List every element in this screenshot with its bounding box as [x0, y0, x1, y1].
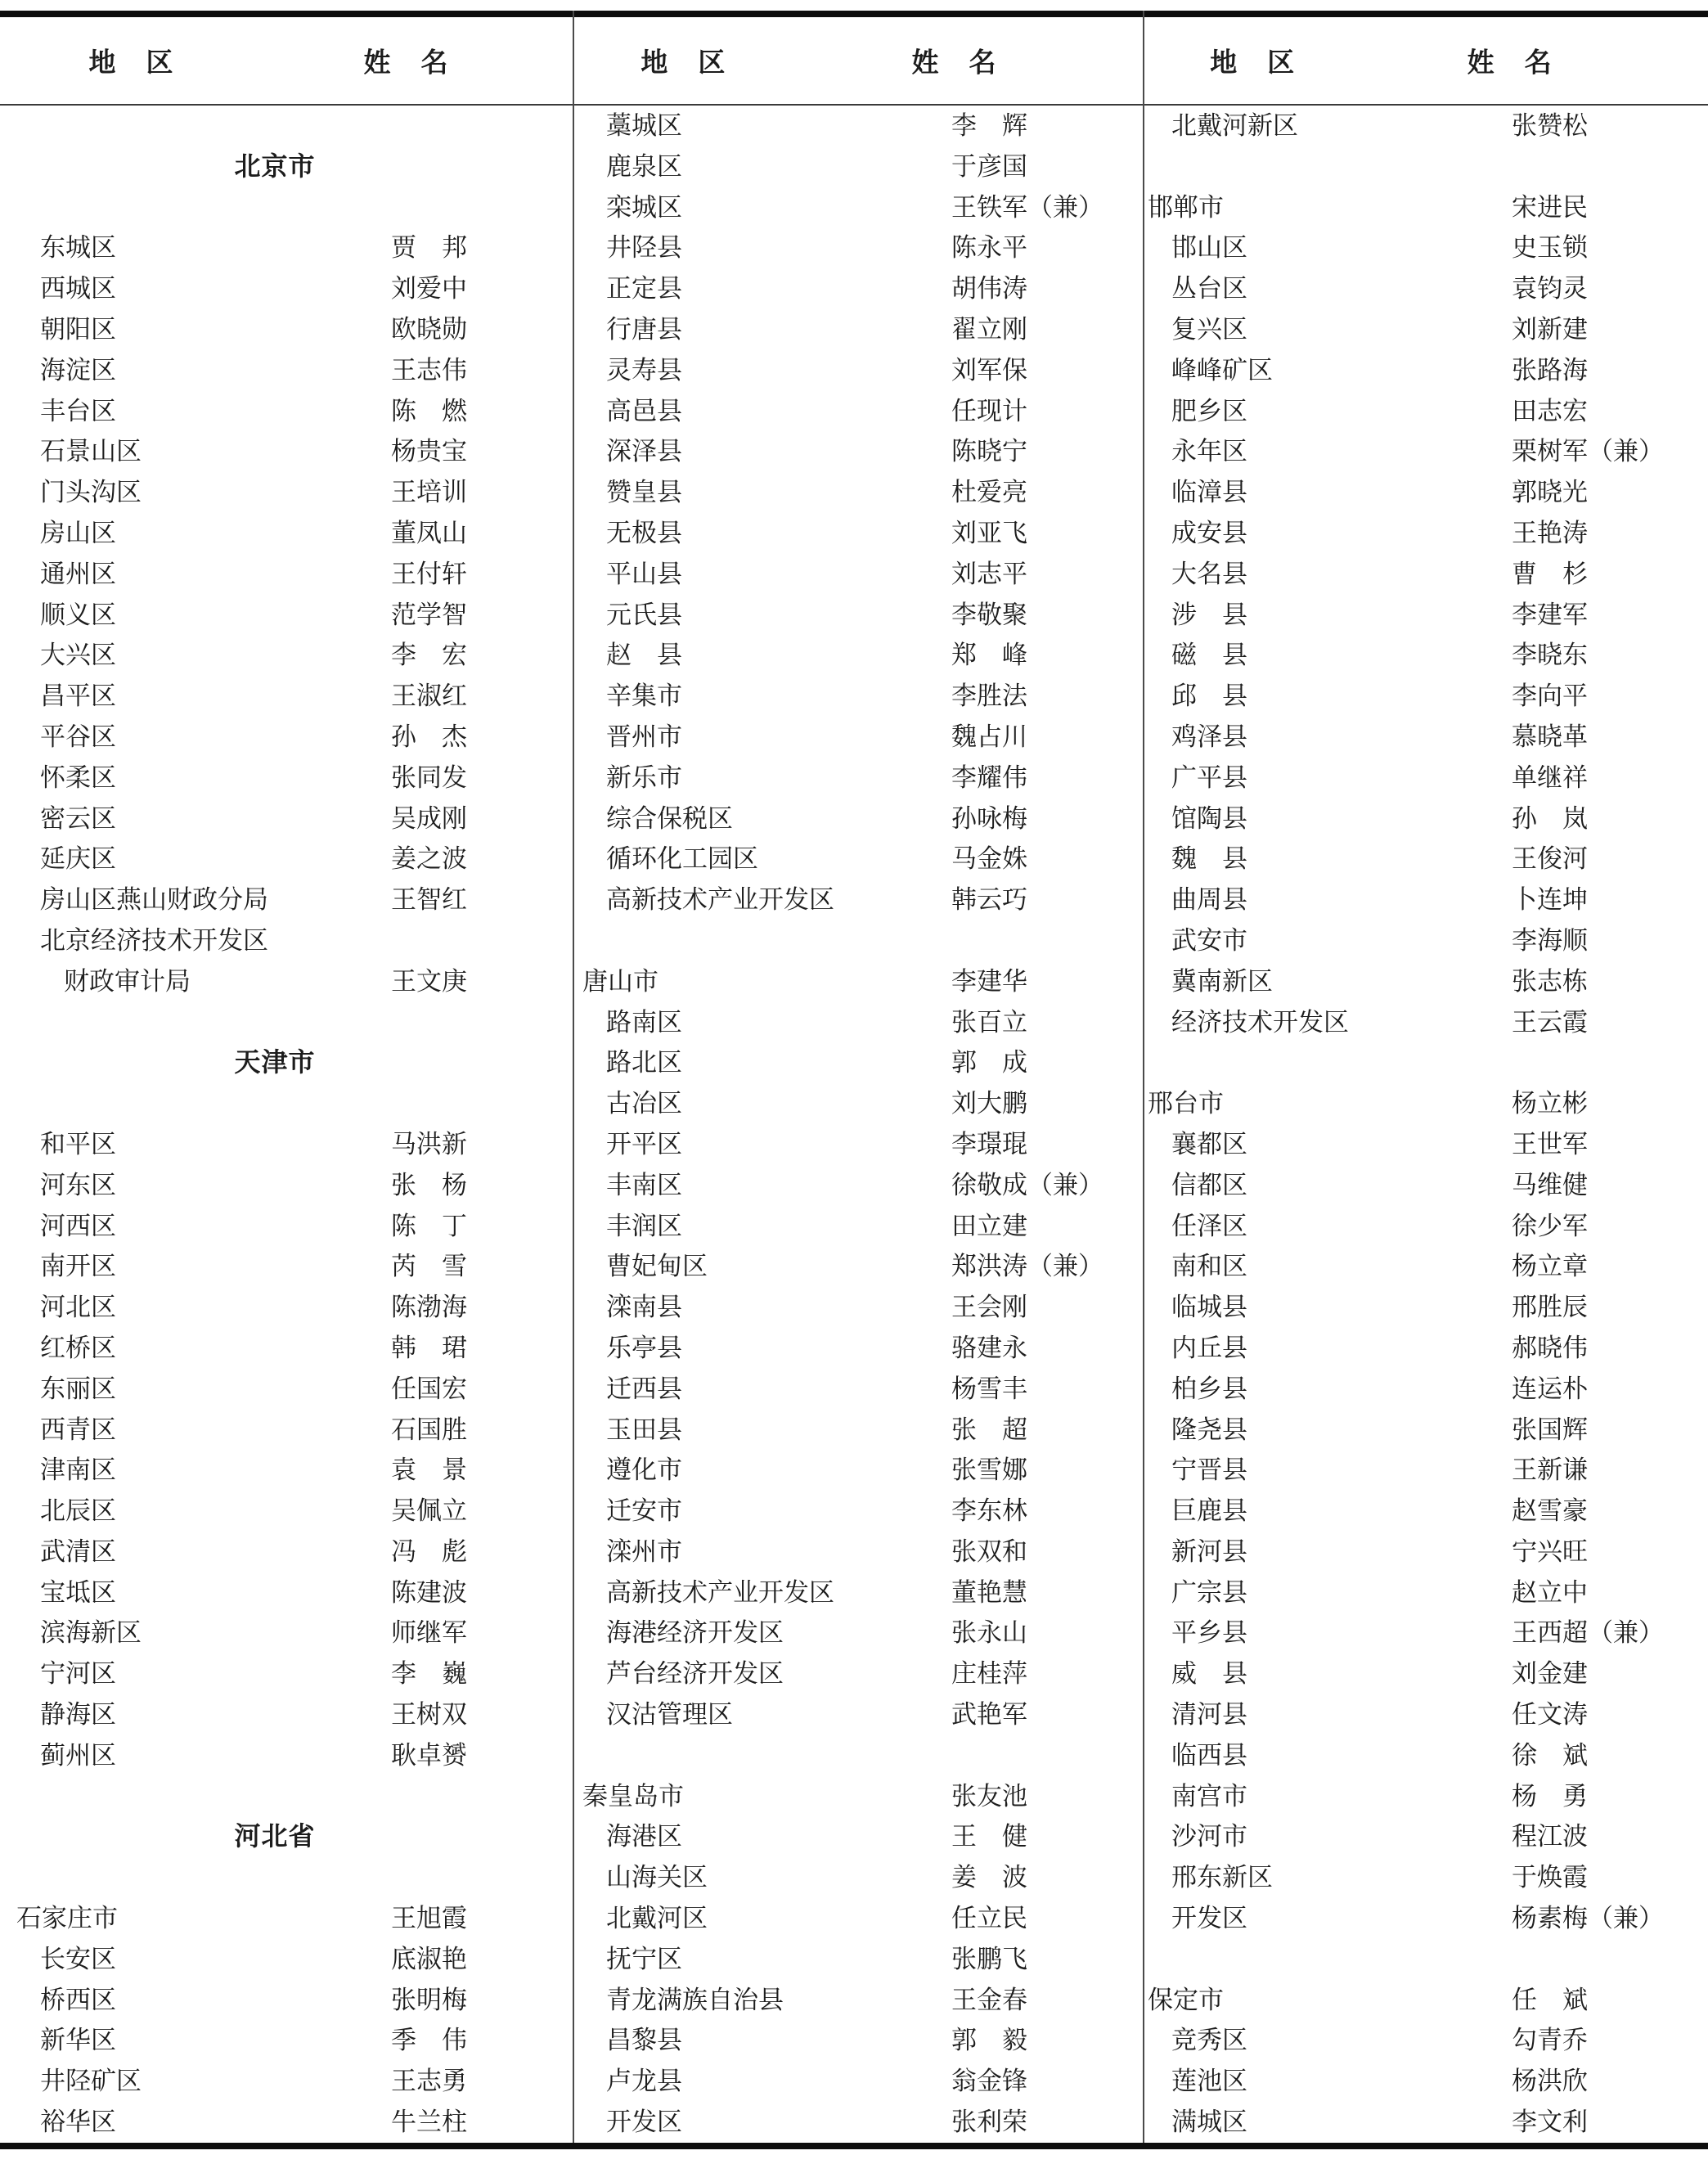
region-cell: 东城区 [40, 227, 116, 268]
table-row: 肥乡区田志宏 [1143, 391, 1708, 432]
table-row: 迁西县杨雪丰 [573, 1369, 1143, 1410]
table-row: 丰台区陈 燃 [0, 391, 573, 432]
name-cell: 张志栋 [1512, 961, 1588, 1002]
region-cell: 山海关区 [606, 1857, 708, 1898]
table-row: 东城区贾 邦 [0, 227, 573, 268]
name-cell: 王志伟 [391, 350, 467, 391]
name-cell: 董艳慧 [951, 1572, 1027, 1613]
name-cell: 陈晓宁 [951, 431, 1027, 472]
table-row: 通州区王付轩 [0, 554, 573, 595]
table-row: 开平区李璟琨 [573, 1124, 1143, 1165]
table-row: 武清区冯 彪 [0, 1532, 573, 1572]
region-cell: 开发区 [606, 2102, 682, 2143]
region-cell: 柏乡县 [1171, 1369, 1247, 1410]
name-cell: 郭晓光 [1512, 472, 1588, 513]
name-cell: 耿卓赟 [391, 1735, 467, 1776]
region-cell: 曹妃甸区 [606, 1246, 708, 1287]
name-cell: 杨立彬 [1512, 1083, 1588, 1124]
table-row: 滨海新区师继军 [0, 1613, 573, 1653]
region-header-label: 地 区 [89, 42, 175, 80]
region-cell: 北戴河区 [606, 1898, 708, 1939]
name-cell: 郭 成 [951, 1042, 1027, 1083]
table-row: 鸡泽县慕晓革 [1143, 717, 1708, 758]
blank-row [0, 187, 573, 228]
region-cell: 元氏县 [606, 595, 682, 636]
region-cell: 广平县 [1171, 758, 1247, 799]
name-cell: 栗树军（兼） [1512, 431, 1664, 472]
name-cell: 张国辉 [1512, 1410, 1588, 1451]
column-header-2: 地 区 姓 名 [573, 17, 1143, 104]
region-cell: 栾城区 [606, 187, 682, 228]
name-cell: 王树双 [391, 1694, 467, 1735]
table-row: 平山县刘志平 [573, 554, 1143, 595]
region-cell: 海港区 [606, 1816, 682, 1857]
region-cell: 藁城区 [606, 106, 682, 146]
table-header: 地 区 姓 名 地 区 姓 名 地 区 姓 名 [0, 17, 1708, 104]
region-cell: 高新技术产业开发区 [606, 1572, 834, 1613]
name-cell: 欧晓勋 [391, 309, 467, 350]
table-row: 桥西区张明梅 [0, 1980, 573, 2021]
table-row: 新乐市李耀伟 [573, 758, 1143, 799]
table-row: 石景山区杨贵宝 [0, 431, 573, 472]
name-cell: 姜之波 [391, 839, 467, 880]
region-cell: 临漳县 [1171, 472, 1247, 513]
table-row: 新河县宁兴旺 [1143, 1532, 1708, 1572]
name-cell: 杨立章 [1512, 1246, 1588, 1287]
name-cell: 武艳军 [951, 1694, 1027, 1735]
name-cell: 底淑艳 [391, 1939, 467, 1980]
region-cell: 海港经济开发区 [606, 1613, 784, 1653]
name-cell: 石国胜 [391, 1410, 467, 1451]
region-cell: 延庆区 [40, 839, 116, 880]
table-row: 怀柔区张同发 [0, 758, 573, 799]
name-cell: 张路海 [1512, 350, 1588, 391]
name-cell: 张永山 [951, 1613, 1027, 1653]
column-2: 藁城区李 辉鹿泉区于彦国栾城区王铁军（兼）井陉县陈永平正定县胡伟涛行唐县翟立刚灵… [573, 106, 1143, 2143]
table-row: 高邑县任现计 [573, 391, 1143, 432]
table-row: 财政审计局王文庚 [0, 961, 573, 1002]
name-cell: 徐少军 [1512, 1206, 1588, 1247]
name-cell: 王智红 [391, 880, 467, 920]
name-cell: 孙 岚 [1512, 799, 1588, 839]
region-cell: 芦台经济开发区 [606, 1653, 784, 1694]
name-cell: 杨洪欣 [1512, 2061, 1588, 2102]
name-cell: 徐 斌 [1512, 1735, 1588, 1776]
table-row: 灵寿县刘军保 [573, 350, 1143, 391]
name-cell: 李耀伟 [951, 758, 1027, 799]
region-cell: 襄都区 [1171, 1124, 1247, 1165]
name-cell: 刘大鹏 [951, 1083, 1027, 1124]
region-cell: 西青区 [40, 1410, 116, 1451]
table-row: 顺义区范学智 [0, 595, 573, 636]
table-row: 邢台市杨立彬 [1143, 1083, 1708, 1124]
blank-row [1143, 1042, 1708, 1083]
table-row: 无极县刘亚飞 [573, 513, 1143, 554]
region-cell: 海淀区 [40, 350, 116, 391]
name-cell: 王新谦 [1512, 1450, 1588, 1491]
region-cell: 蓟州区 [40, 1735, 116, 1776]
name-cell: 师继军 [391, 1613, 467, 1653]
table-row: 古冶区刘大鹏 [573, 1083, 1143, 1124]
region-cell: 巨鹿县 [1171, 1491, 1247, 1532]
region-cell: 平乡县 [1171, 1613, 1247, 1653]
region-cell: 唐山市 [582, 961, 658, 1002]
name-cell: 徐敬成（兼） [951, 1165, 1103, 1206]
name-cell: 陈永平 [951, 227, 1027, 268]
name-cell: 任文涛 [1512, 1694, 1588, 1735]
name-cell: 宋进民 [1512, 187, 1588, 228]
name-cell: 任现计 [951, 391, 1027, 432]
name-cell: 刘金建 [1512, 1653, 1588, 1694]
table-row: 高新技术产业开发区董艳慧 [573, 1572, 1143, 1613]
region-cell: 邯郸市 [1148, 187, 1224, 228]
table-row: 宁晋县王新谦 [1143, 1450, 1708, 1491]
name-cell: 陈建波 [391, 1572, 467, 1613]
province-section-title: 天津市 [234, 1047, 315, 1077]
table-row: 津南区袁 景 [0, 1450, 573, 1491]
name-cell: 芮 雪 [391, 1246, 467, 1287]
table-row: 大名县曹 杉 [1143, 554, 1708, 595]
region-cell: 丰润区 [606, 1206, 682, 1247]
table-row: 魏 县王俊河 [1143, 839, 1708, 880]
table-row: 内丘县郝晓伟 [1143, 1328, 1708, 1369]
table-row: 玉田县张 超 [573, 1410, 1143, 1451]
name-cell: 刘志平 [951, 554, 1027, 595]
region-cell: 永年区 [1171, 431, 1247, 472]
name-cell: 于彦国 [951, 146, 1027, 187]
table-row: 邢东新区于焕霞 [1143, 1857, 1708, 1898]
table-row: 临西县徐 斌 [1143, 1735, 1708, 1776]
table-row: 邯郸市宋进民 [1143, 187, 1708, 228]
table-row: 乐亭县骆建永 [573, 1328, 1143, 1369]
region-cell: 魏 县 [1171, 839, 1247, 880]
region-cell: 曲周县 [1171, 880, 1247, 920]
region-cell: 玉田县 [606, 1410, 682, 1451]
table-row: 任泽区徐少军 [1143, 1206, 1708, 1247]
region-cell: 西城区 [40, 268, 116, 309]
table-row: 峰峰矿区张路海 [1143, 350, 1708, 391]
name-header-label: 姓 名 [911, 42, 997, 80]
region-cell: 北辰区 [40, 1491, 116, 1532]
table-row: 海淀区王志伟 [0, 350, 573, 391]
table-row: 临城县邢胜辰 [1143, 1287, 1708, 1328]
name-cell: 董凤山 [391, 513, 467, 554]
name-cell: 李晓东 [1512, 635, 1588, 676]
region-cell: 南开区 [40, 1246, 116, 1287]
table-row: 沙河市程江波 [1143, 1816, 1708, 1857]
table-row: 房山区燕山财政分局王智红 [0, 880, 573, 920]
table-row: 栾城区王铁军（兼） [573, 187, 1143, 228]
table-row: 隆尧县张国辉 [1143, 1410, 1708, 1451]
name-cell: 韩 珺 [391, 1328, 467, 1369]
name-cell: 张赞松 [1512, 106, 1588, 146]
region-cell: 经济技术开发区 [1171, 1002, 1349, 1043]
name-cell: 李向平 [1512, 676, 1588, 717]
name-cell: 李 辉 [951, 106, 1027, 146]
bottom-rule [0, 2143, 1708, 2149]
region-cell: 东丽区 [40, 1369, 116, 1410]
table-row: 复兴区刘新建 [1143, 309, 1708, 350]
region-cell: 红桥区 [40, 1328, 116, 1369]
region-cell: 北京经济技术开发区 [40, 920, 268, 961]
table-row: 保定市任 斌 [1143, 1980, 1708, 2021]
name-cell: 王俊河 [1512, 839, 1588, 880]
blank-row [573, 1735, 1143, 1776]
table-row: 柏乡县连运朴 [1143, 1369, 1708, 1410]
name-cell: 王会刚 [951, 1287, 1027, 1328]
table-row: 循环化工园区马金姝 [573, 839, 1143, 880]
name-cell: 庄桂萍 [951, 1653, 1027, 1694]
region-cell: 井陉矿区 [40, 2061, 142, 2102]
table-row: 辛集市李胜法 [573, 676, 1143, 717]
region-cell: 深泽县 [606, 431, 682, 472]
name-cell: 张 超 [951, 1410, 1027, 1451]
name-cell: 张双和 [951, 1532, 1027, 1572]
table-row: 东丽区任国宏 [0, 1369, 573, 1410]
table-row: 青龙满族自治县王金春 [573, 1980, 1143, 2021]
region-cell: 石景山区 [40, 431, 142, 472]
name-cell: 季 伟 [391, 2020, 467, 2061]
blank-row [0, 1776, 573, 1817]
table-row: 曲周县卜连坤 [1143, 880, 1708, 920]
table-row: 静海区王树双 [0, 1694, 573, 1735]
table-row: 成安县王艳涛 [1143, 513, 1708, 554]
name-header-label: 姓 名 [364, 42, 450, 80]
table-row: 南和区杨立章 [1143, 1246, 1708, 1287]
name-cell: 王铁军（兼） [951, 187, 1103, 228]
region-cell: 邱 县 [1171, 676, 1247, 717]
region-cell: 石家庄市 [16, 1898, 118, 1939]
name-cell: 袁 景 [391, 1450, 467, 1491]
table-row: 北京经济技术开发区 [0, 920, 573, 961]
table-row: 河西区陈 丁 [0, 1206, 573, 1247]
region-cell: 临城县 [1171, 1287, 1247, 1328]
region-cell: 河东区 [40, 1165, 116, 1206]
table-row: 涉 县李建军 [1143, 595, 1708, 636]
name-cell: 史玉锁 [1512, 227, 1588, 268]
region-cell: 广宗县 [1171, 1572, 1247, 1613]
name-cell: 贾 邦 [391, 227, 467, 268]
region-cell: 平谷区 [40, 717, 116, 758]
region-cell: 隆尧县 [1171, 1410, 1247, 1451]
region-cell: 井陉县 [606, 227, 682, 268]
blank-row [573, 920, 1143, 961]
table-row: 莲池区杨洪欣 [1143, 2061, 1708, 2102]
region-cell: 河西区 [40, 1206, 116, 1247]
name-cell: 张利荣 [951, 2102, 1027, 2143]
name-cell: 张 杨 [391, 1165, 467, 1206]
region-cell: 桥西区 [40, 1980, 116, 2021]
name-cell: 吴成刚 [391, 799, 467, 839]
name-cell: 郑 峰 [951, 635, 1027, 676]
region-cell: 怀柔区 [40, 758, 116, 799]
table-row: 宝坻区陈建波 [0, 1572, 573, 1613]
table-row: 昌黎县郭 毅 [573, 2020, 1143, 2061]
region-cell: 冀南新区 [1171, 961, 1273, 1002]
region-cell: 竞秀区 [1171, 2020, 1247, 2061]
directory-page: 地 区 姓 名 地 区 姓 名 地 区 姓 名 北京市东城区贾 邦西城区刘爱中朝… [0, 0, 1708, 2173]
table-row: 路北区郭 成 [573, 1042, 1143, 1083]
table-row: 丰润区田立建 [573, 1206, 1143, 1247]
table-row: 开发区杨素梅（兼） [1143, 1898, 1708, 1939]
name-cell: 胡伟涛 [951, 268, 1027, 309]
name-cell: 冯 彪 [391, 1532, 467, 1572]
region-cell: 行唐县 [606, 309, 682, 350]
region-cell: 宝坻区 [40, 1572, 116, 1613]
province-section-title: 河北省 [234, 1821, 315, 1851]
region-cell: 和平区 [40, 1124, 116, 1165]
column-1: 北京市东城区贾 邦西城区刘爱中朝阳区欧晓勋海淀区王志伟丰台区陈 燃石景山区杨贵宝… [0, 106, 573, 2143]
name-cell: 杨雪丰 [951, 1369, 1027, 1410]
region-cell: 北戴河新区 [1171, 106, 1298, 146]
name-cell: 慕晓革 [1512, 717, 1588, 758]
table-row: 井陉矿区王志勇 [0, 2061, 573, 2102]
region-cell: 丛台区 [1171, 268, 1247, 309]
region-cell: 昌平区 [40, 676, 116, 717]
table-row: 新华区季 伟 [0, 2020, 573, 2061]
region-cell: 朝阳区 [40, 309, 116, 350]
region-cell: 顺义区 [40, 595, 116, 636]
region-cell: 新乐市 [606, 758, 682, 799]
table-row: 威 县刘金建 [1143, 1653, 1708, 1694]
region-cell: 乐亭县 [606, 1328, 682, 1369]
name-cell: 王云霞 [1512, 1002, 1588, 1043]
region-cell: 通州区 [40, 554, 116, 595]
region-cell: 古冶区 [606, 1083, 682, 1124]
name-cell: 王西超（兼） [1512, 1613, 1664, 1653]
table-row: 迁安市李东林 [573, 1491, 1143, 1532]
table-row: 延庆区姜之波 [0, 839, 573, 880]
table-row: 门头沟区王培训 [0, 472, 573, 513]
name-cell: 李 巍 [391, 1653, 467, 1694]
region-cell: 内丘县 [1171, 1328, 1247, 1369]
region-cell: 房山区燕山财政分局 [40, 880, 268, 920]
table-row: 邯山区史玉锁 [1143, 227, 1708, 268]
table-row: 唐山市李建华 [573, 961, 1143, 1002]
name-cell: 刘爱中 [391, 268, 467, 309]
region-cell: 迁安市 [606, 1491, 682, 1532]
table-row: 北戴河新区张赞松 [1143, 106, 1708, 146]
table-row: 裕华区牛兰柱 [0, 2102, 573, 2143]
name-cell: 李东林 [951, 1491, 1027, 1532]
name-cell: 郑洪涛（兼） [951, 1246, 1103, 1287]
name-cell: 李文利 [1512, 2102, 1588, 2143]
table-row: 平乡县王西超（兼） [1143, 1613, 1708, 1653]
region-cell: 武安市 [1171, 920, 1247, 961]
table-row: 藁城区李 辉 [573, 106, 1143, 146]
name-cell: 李海顺 [1512, 920, 1588, 961]
name-cell: 单继祥 [1512, 758, 1588, 799]
name-cell: 翁金锋 [951, 2061, 1027, 2102]
region-cell: 综合保税区 [606, 799, 733, 839]
table-row: 西城区刘爱中 [0, 268, 573, 309]
region-cell: 迁西县 [606, 1369, 682, 1410]
name-cell: 刘军保 [951, 350, 1027, 391]
region-cell: 馆陶县 [1171, 799, 1247, 839]
table-row: 滦南县王会刚 [573, 1287, 1143, 1328]
region-cell: 宁晋县 [1171, 1450, 1247, 1491]
region-cell: 任泽区 [1171, 1206, 1247, 1247]
region-cell: 开平区 [606, 1124, 682, 1165]
name-cell: 马金姝 [951, 839, 1027, 880]
name-cell: 曹 杉 [1512, 554, 1588, 595]
region-cell: 大兴区 [40, 635, 116, 676]
table-row: 清河县任文涛 [1143, 1694, 1708, 1735]
blank-row [0, 106, 573, 146]
region-cell: 赵 县 [606, 635, 682, 676]
region-cell: 鹿泉区 [606, 146, 682, 187]
name-cell: 杨素梅（兼） [1512, 1898, 1664, 1939]
name-cell: 韩云巧 [951, 880, 1027, 920]
name-cell: 任 斌 [1512, 1980, 1588, 2021]
table-row: 石家庄市王旭霞 [0, 1898, 573, 1939]
region-cell: 邢台市 [1148, 1083, 1224, 1124]
name-header-label: 姓 名 [1468, 42, 1553, 80]
table-row: 邱 县李向平 [1143, 676, 1708, 717]
name-cell: 孙咏梅 [951, 799, 1027, 839]
name-cell: 范学智 [391, 595, 467, 636]
name-cell: 王文庚 [391, 961, 467, 1002]
region-cell: 河北区 [40, 1287, 116, 1328]
region-cell: 丰台区 [40, 391, 116, 432]
column-3: 北戴河新区张赞松邯郸市宋进民邯山区史玉锁丛台区袁钧灵复兴区刘新建峰峰矿区张路海肥… [1143, 106, 1708, 2143]
region-cell: 清河县 [1171, 1694, 1247, 1735]
name-cell: 王旭霞 [391, 1898, 467, 1939]
region-cell: 肥乡区 [1171, 391, 1247, 432]
table-row: 信都区马维健 [1143, 1165, 1708, 1206]
region-cell: 循环化工园区 [606, 839, 758, 880]
region-cell: 信都区 [1171, 1165, 1247, 1206]
region-cell: 满城区 [1171, 2102, 1247, 2143]
name-cell: 郝晓伟 [1512, 1328, 1588, 1369]
table-row: 正定县胡伟涛 [573, 268, 1143, 309]
region-cell: 昌黎县 [606, 2020, 682, 2061]
blank-row [0, 1857, 573, 1898]
table-row: 芦台经济开发区庄桂萍 [573, 1653, 1143, 1694]
table-row: 平谷区孙 杰 [0, 717, 573, 758]
region-header-label: 地 区 [640, 42, 726, 80]
table-row: 蓟州区耿卓赟 [0, 1735, 573, 1776]
region-cell: 平山县 [606, 554, 682, 595]
region-cell: 成安县 [1171, 513, 1247, 554]
name-cell: 张同发 [391, 758, 467, 799]
table-row: 高新技术产业开发区韩云巧 [573, 880, 1143, 920]
name-cell: 任立民 [951, 1898, 1027, 1939]
name-cell: 陈渤海 [391, 1287, 467, 1328]
table-row: 密云区吴成刚 [0, 799, 573, 839]
table-row: 深泽县陈晓宁 [573, 431, 1143, 472]
name-cell: 张鹏飞 [951, 1939, 1027, 1980]
region-cell: 复兴区 [1171, 309, 1247, 350]
table-row: 北辰区吴佩立 [0, 1491, 573, 1532]
name-cell: 袁钧灵 [1512, 268, 1588, 309]
table-row: 朝阳区欧晓勋 [0, 309, 573, 350]
region-cell: 路北区 [606, 1042, 682, 1083]
name-cell: 李建军 [1512, 595, 1588, 636]
name-cell: 陈 燃 [391, 391, 467, 432]
region-cell: 磁 县 [1171, 635, 1247, 676]
name-cell: 李 宏 [391, 635, 467, 676]
table-row: 赵 县郑 峰 [573, 635, 1143, 676]
name-cell: 赵立中 [1512, 1572, 1588, 1613]
region-cell: 汉沽管理区 [606, 1694, 733, 1735]
region-cell: 保定市 [1148, 1980, 1224, 2021]
name-cell: 郭 毅 [951, 2020, 1027, 2061]
name-cell: 王付轩 [391, 554, 467, 595]
province-section-row: 北京市 [0, 146, 573, 187]
table-row: 广平县单继祥 [1143, 758, 1708, 799]
name-cell: 杜爱亮 [951, 472, 1027, 513]
